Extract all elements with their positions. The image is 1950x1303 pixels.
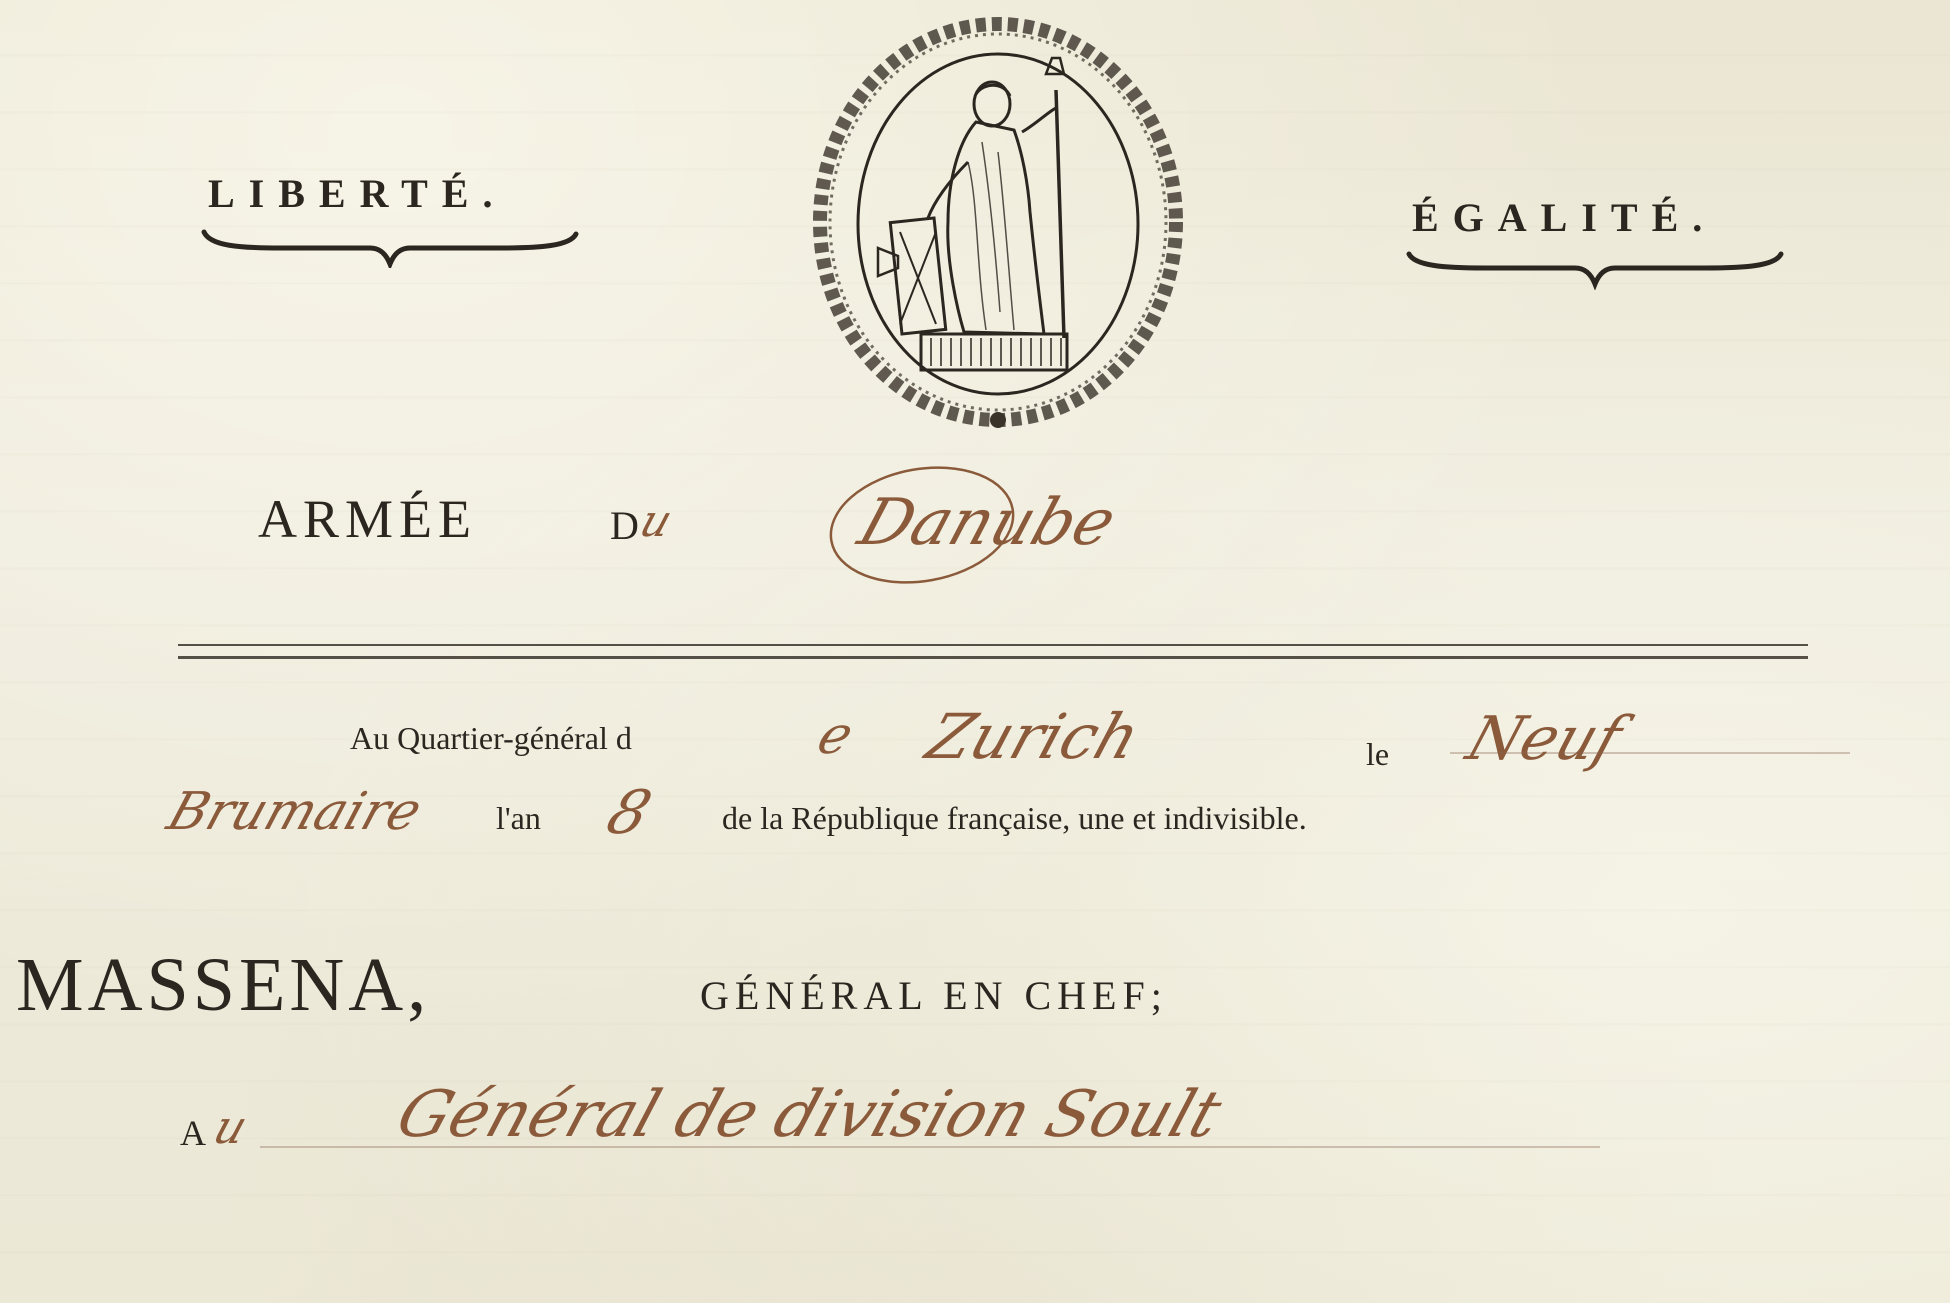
- hq-place-handwritten: Zurich: [918, 700, 1149, 773]
- brace-ornament-left-icon: [200, 228, 580, 268]
- hq-year-handwritten: 8: [599, 778, 660, 848]
- brace-ornament-right-icon: [1405, 250, 1785, 290]
- divider-rule-bottom: [178, 656, 1808, 659]
- army-name-handwritten: Danube: [850, 486, 1125, 560]
- sender-title: GÉNÉRAL EN CHEF;: [700, 972, 1168, 1019]
- document-page: LIBERTÉ. ÉGALITÉ.: [0, 0, 1950, 1303]
- recipient-prefix: A: [180, 1112, 208, 1154]
- hq-month-handwritten: Brumaire: [160, 782, 429, 842]
- motto-liberte: LIBERTÉ.: [208, 170, 506, 217]
- hq-le-text: le: [1366, 736, 1389, 773]
- fill-line: [1450, 752, 1850, 754]
- motto-egalite: ÉGALITÉ.: [1412, 194, 1716, 241]
- hq-lead-text: Au Quartier-général d: [350, 720, 632, 757]
- hq-day-handwritten: Neuf: [1459, 704, 1631, 774]
- fill-line-recipient: [260, 1146, 1600, 1148]
- hq-republic-text: de la République française, une et indiv…: [722, 800, 1307, 837]
- army-label: ARMÉE: [258, 488, 477, 550]
- divider-rule-top: [178, 644, 1808, 646]
- recipient-particle-handwritten: u: [207, 1100, 254, 1154]
- sender-name: MASSENA,: [16, 942, 430, 1029]
- hq-lan-text: l'an: [496, 800, 541, 837]
- recipient-name-handwritten: Général de division Soult: [388, 1078, 1230, 1152]
- liberty-seal-icon: [808, 12, 1188, 432]
- hq-place-particle: e: [810, 706, 860, 766]
